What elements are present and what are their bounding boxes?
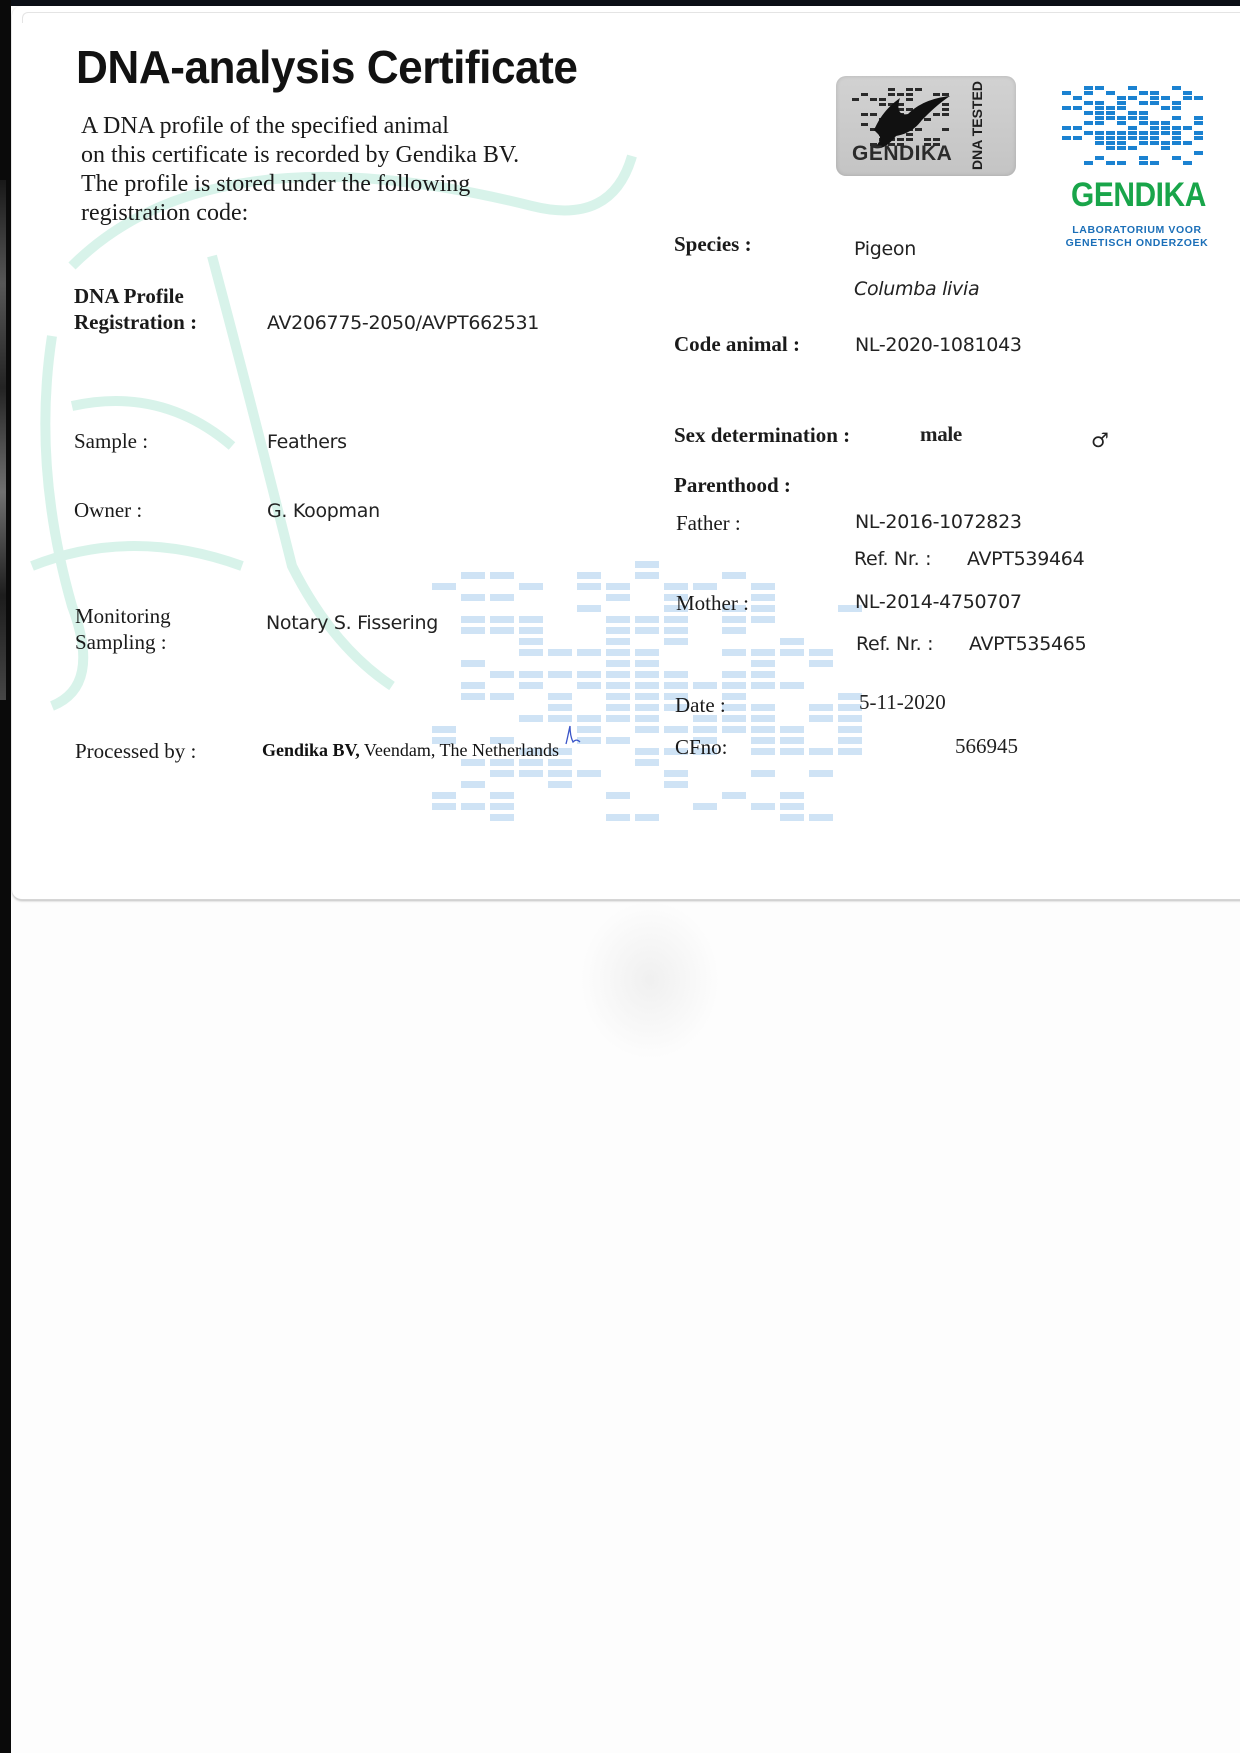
intro-line: A DNA profile of the specified animal (81, 112, 519, 141)
sample-label: Sample : (74, 428, 148, 454)
dna-bars-watermark-icon (432, 561, 882, 831)
mother-label: Mother : (676, 590, 749, 616)
cfno-value: 566945 (955, 734, 1018, 759)
gendika-g-mark-icon (1062, 86, 1210, 168)
sex-value: male (920, 422, 962, 447)
mother-ref-label: Ref. Nr. : (856, 633, 933, 655)
monitoring-label: Monitoring Sampling : (75, 603, 171, 655)
monitoring-value: Notary S. Fissering (266, 612, 438, 634)
code-animal-label: Code animal : (674, 331, 800, 357)
scan-smudge (580, 900, 720, 1060)
owner-value: G. Koopman (267, 500, 380, 522)
owner-label: Owner : (74, 497, 142, 523)
dna-tested-sticker: GENDIKA DNA TESTED (836, 76, 1016, 176)
registration-value: AV206775-2050/AVPT662531 (267, 312, 539, 334)
father-ref-value: AVPT539464 (967, 548, 1084, 570)
certificate-title: DNA-analysis Certificate (76, 40, 577, 94)
species-label: Species : (674, 231, 752, 257)
intro-line: registration code: (81, 199, 519, 228)
processed-by-label: Processed by : (75, 738, 196, 764)
logo-wordmark: GENDIKA (1071, 176, 1203, 215)
sample-value: Feathers (267, 431, 347, 453)
certificate-card: DNA-analysis Certificate A DNA profile o… (12, 6, 1240, 900)
male-symbol-icon: ♂ (1091, 428, 1109, 452)
sticker-brand: GENDIKA (852, 142, 952, 166)
date-label: Date : (675, 692, 726, 718)
code-animal-value: NL-2020-1081043 (855, 334, 1022, 356)
mother-ref-value: AVPT535465 (969, 633, 1086, 655)
species-common-name: Pigeon (854, 238, 916, 260)
father-ref-label: Ref. Nr. : (854, 548, 931, 570)
cfno-label: CFno: (675, 734, 728, 760)
species-scientific-name: Columba livia (854, 278, 979, 300)
card-edge-highlight (22, 12, 1240, 23)
date-value: 5-11-2020 (859, 690, 946, 715)
signature-mark-icon (564, 724, 582, 746)
gendika-logo: GENDIKA LABORATORIUM VOOR GENETISCH ONDE… (1062, 86, 1212, 256)
registration-label: DNA Profile Registration : (74, 283, 197, 335)
processed-by-value: Gendika BV, Veendam, The Netherlands (262, 740, 559, 761)
father-label: Father : (676, 510, 741, 536)
mother-value: NL-2014-4750707 (855, 591, 1022, 613)
sex-determination-label: Sex determination : (674, 422, 850, 448)
intro-line: The profile is stored under the followin… (81, 170, 519, 199)
father-value: NL-2016-1072823 (855, 511, 1022, 533)
logo-subtitle: LABORATORIUM VOOR GENETISCH ONDERZOEK (1054, 224, 1220, 250)
scanner-edge-noise (0, 180, 6, 700)
parenthood-label: Parenthood : (674, 472, 791, 498)
certificate-intro: A DNA profile of the specified animal on… (81, 112, 519, 228)
intro-line: on this certificate is recorded by Gendi… (81, 141, 519, 170)
